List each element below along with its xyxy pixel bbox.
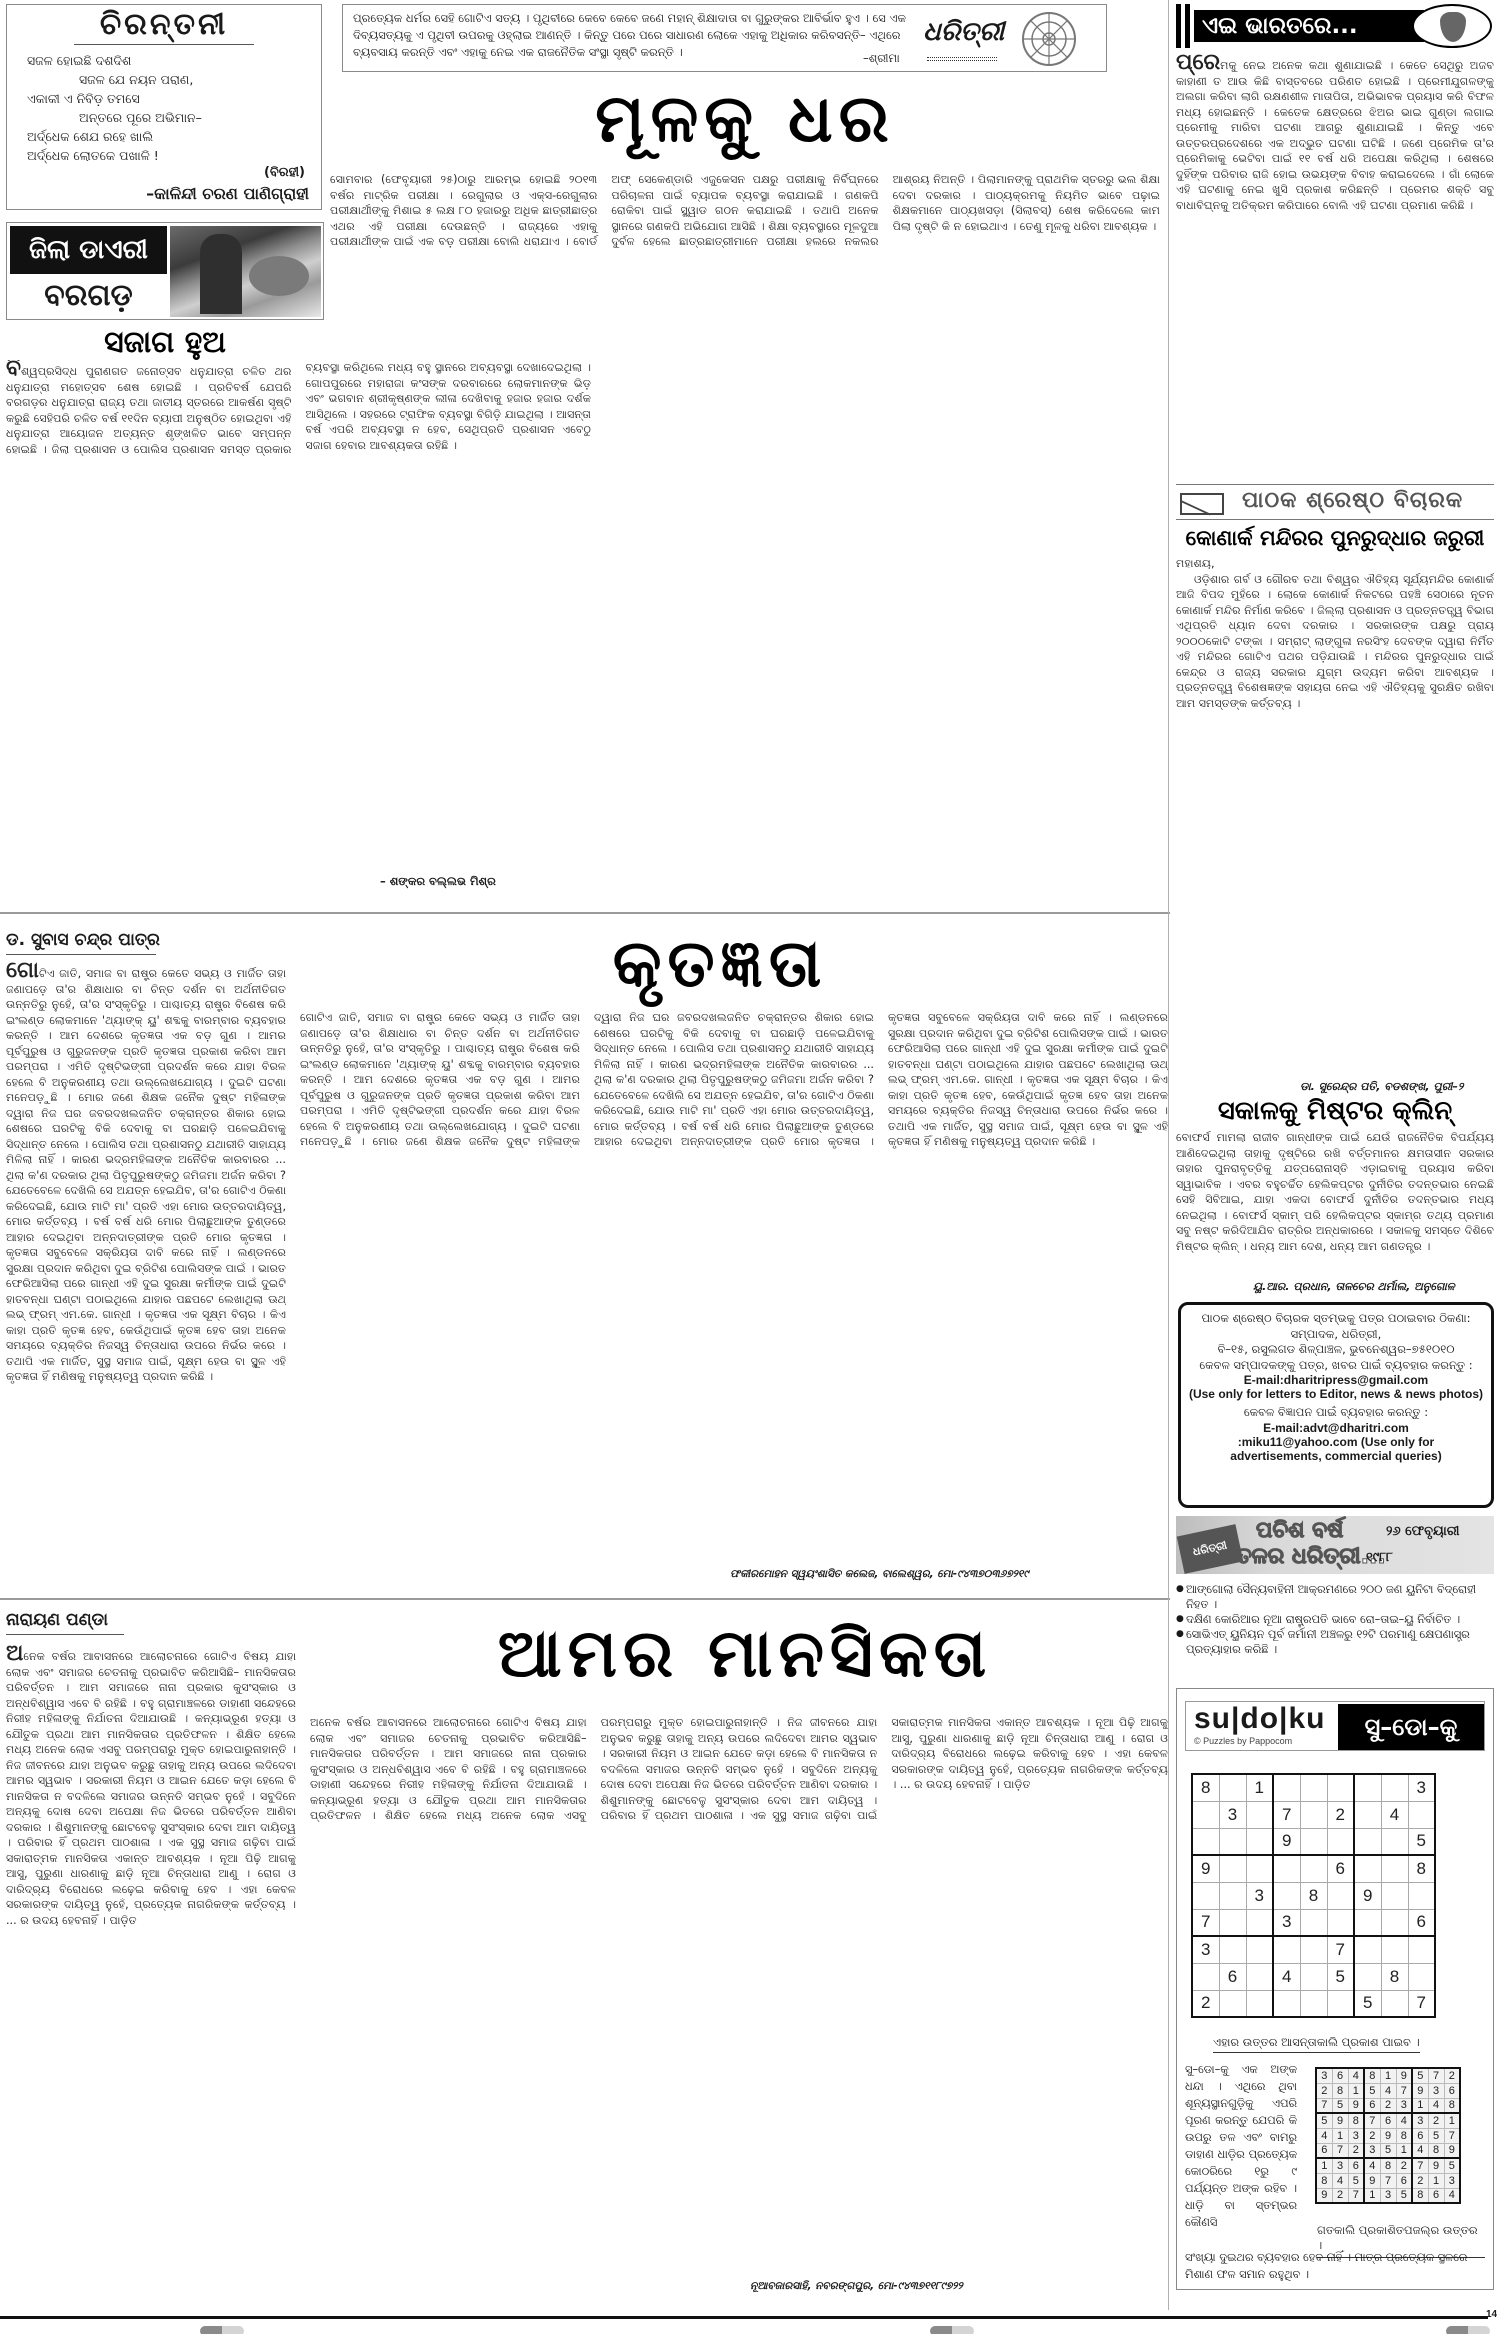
sudoku-cell: 8 — [1380, 2158, 1396, 2173]
sudoku-cell: 4 — [1380, 2083, 1396, 2098]
mulaku-dhara-headline: ମୂଳକୁ ଧର — [330, 80, 1160, 159]
section-divider — [0, 912, 1170, 914]
district-name: ବରଗଡ଼ — [10, 275, 167, 317]
krutagyata-author: ଡ. ସୁବାସ ଚନ୍ଦ୍ର ପାତ୍ର — [6, 930, 160, 950]
sudoku-cell: 6 — [1408, 1909, 1435, 1936]
zila-diary-label: ଜିଲା ଡାଏରୀ — [10, 226, 167, 274]
sudoku-cell: 2 — [1412, 2173, 1428, 2188]
sudoku-cell[interactable] — [1300, 1801, 1327, 1828]
advt-email-note: advertisements, commercial queries) — [1181, 1449, 1491, 1463]
krutagyata-body-col1: ଗୋଟିଏ ଜାତି, ସମାଜ ବା ରାଷ୍ଟ୍ର କେତେ ସଭ୍ୟ ଓ … — [6, 962, 286, 1522]
header-bar — [1185, 4, 1190, 48]
sudoku-cell[interactable] — [1354, 1801, 1381, 1828]
sudoku-cell: 2 — [1332, 2188, 1348, 2203]
sudoku-cell: 8 — [1192, 1774, 1219, 1801]
sudoku-cell: 3 — [1348, 2128, 1364, 2143]
letters-section-header: ପାଠକ ଶ୍ରେଷ୍ଠ ବିଚାରକ — [1176, 484, 1494, 520]
sudoku-cell: 9 — [1273, 1828, 1300, 1855]
sudoku-cell: 9 — [1396, 2068, 1412, 2083]
sudoku-cell: 5 — [1348, 2173, 1364, 2188]
sudoku-cell[interactable] — [1219, 1855, 1246, 1882]
sudoku-cell[interactable] — [1327, 1909, 1354, 1936]
sudoku-cell: 3 — [1219, 1801, 1246, 1828]
sudoku-cell: 9 — [1364, 2173, 1380, 2188]
sudoku-cell[interactable] — [1219, 1909, 1246, 1936]
sudoku-cell: 4 — [1364, 2158, 1380, 2173]
sudoku-cell: 9 — [1428, 2158, 1444, 2173]
sudoku-cell: 2 — [1428, 2113, 1444, 2128]
sudoku-cell[interactable] — [1381, 1990, 1408, 2017]
sudoku-cell: 1 — [1380, 2068, 1396, 2083]
sudoku-cell[interactable] — [1300, 1936, 1327, 1963]
sudoku-cell[interactable] — [1219, 1882, 1246, 1909]
sudoku-cell[interactable] — [1327, 1990, 1354, 2017]
sudoku-cell: 6 — [1327, 1855, 1354, 1882]
manasikata-headline: ଆମର ମାନସିକତା — [420, 1615, 1070, 1694]
sudoku-cell: 2 — [1192, 1990, 1219, 2017]
sudoku-cell: 1 — [1332, 2128, 1348, 2143]
sudoku-cell: 7 — [1444, 2128, 1460, 2143]
sudoku-cell: 9 — [1444, 2143, 1460, 2158]
title-underline — [74, 44, 254, 45]
sudoku-cell[interactable] — [1381, 1774, 1408, 1801]
editor-email-note: (Use only for letters to Editor, news & … — [1181, 1387, 1491, 1401]
poem-author: –କାଳିନ୍ଦୀ ଚରଣ ପାଣିଗ୍ରାହୀ — [7, 184, 321, 204]
india-map-icon — [1412, 4, 1492, 48]
masthead-quote-box: ପ୍ରତ୍ୟେକ ଧର୍ମର ସେହି ଗୋଟିଏ ସତ୍ୟ । ପୃଥିବୀର… — [342, 4, 1107, 72]
sudoku-cell: 8 — [1408, 1855, 1435, 1882]
sudoku-cell: 2 — [1348, 2143, 1364, 2158]
sudoku-cell: 8 — [1316, 2173, 1332, 2188]
sudoku-cell[interactable] — [1273, 1855, 1300, 1882]
sudoku-cell[interactable] — [1354, 1774, 1381, 1801]
sudoku-cell: 2 — [1396, 2158, 1412, 2173]
temple-icon — [200, 234, 242, 314]
sudoku-cell: 7 — [1327, 1936, 1354, 1963]
header-bar — [1176, 4, 1181, 48]
sudoku-cell: 2 — [1316, 2083, 1332, 2098]
address-advt-use: କେବଳ ବିଜ୍ଞାପନ ପାଇଁ ବ୍ୟବହାର କରନ୍ତୁ : — [1181, 1405, 1491, 1421]
sudoku-cell: 8 — [1332, 2083, 1348, 2098]
sudoku-cell: 3 — [1396, 2098, 1412, 2113]
sudoku-cell: 3 — [1273, 1909, 1300, 1936]
dharitri-logo: ଧରିତ୍ରୀ — [923, 17, 1004, 48]
sudoku-cell: 2 — [1444, 2068, 1460, 2083]
page-number: 14 — [1486, 2309, 1497, 2320]
sudoku-cell: 6 — [1380, 2113, 1396, 2128]
sudoku-cell[interactable] — [1300, 1909, 1327, 1936]
news-item: ସୋଭିଏତ୍ ୟୁନିୟନ ପୂର୍ବ ଜର୍ମାନୀ ଅଞ୍ଚଳରୁ ୧୨ଟ… — [1176, 1627, 1494, 1657]
sudoku-cell: 5 — [1354, 1990, 1381, 2017]
quote-text: ପ୍ରତ୍ୟେକ ଧର୍ମର ସେହି ଗୋଟିଏ ସତ୍ୟ । ପୃଥିବୀର… — [353, 10, 913, 61]
konark-letter-body: ମହାଶୟ, ଓଡ଼ିଶାର ଗର୍ବ ଓ ଗୌରବ ତଥା ବିଶ୍ୱର ଐତ… — [1176, 556, 1494, 1076]
sudoku-cell: 4 — [1316, 2128, 1332, 2143]
sudoku-cell: 9 — [1348, 2098, 1364, 2113]
sudoku-cell: 5 — [1444, 2158, 1460, 2173]
mister-clean-body: ବୋଫର୍ସ ମାମଲା ରାଜୀବ ଗାନ୍ଧୀଙ୍କ ପାଇଁ ଯେଉଁ ର… — [1176, 1130, 1494, 1278]
temple-photo — [170, 226, 321, 317]
sudoku-cell: 6 — [1348, 2158, 1364, 2173]
sudoku-cell: 7 — [1273, 1801, 1300, 1828]
sudoku-cell: 9 — [1192, 1855, 1219, 1882]
sudoku-cell: 3 — [1380, 2188, 1396, 2203]
sudoku-puzzle-grid: 813372495968389736376458257 — [1191, 1773, 1436, 2018]
sudoku-cell[interactable] — [1246, 1990, 1273, 2017]
sudoku-cell[interactable] — [1408, 1801, 1435, 1828]
poem-line: ସଜଳ ଯେ ନୟନ ପରାଣ, — [27, 70, 321, 89]
sudoku-cell: 8 — [1381, 1963, 1408, 1990]
sudoku-cell[interactable] — [1300, 1774, 1327, 1801]
pachis-barsha-news-list: ଆଙ୍ଗୋଲା ସୈନ୍ୟବାହିନୀ ଆକ୍ରମଣରେ ୨୦୦ ଜଣ ୟୁନି… — [1176, 1582, 1494, 1657]
sudoku-cell: 8 — [1428, 2143, 1444, 2158]
sudoku-cell: 1 — [1364, 2188, 1380, 2203]
sudoku-odia-title: ସୁ–ଡୋ–କୁ — [1338, 1704, 1484, 1750]
sudoku-cell: 9 — [1354, 1882, 1381, 1909]
sudoku-cell[interactable] — [1300, 1855, 1327, 1882]
sudoku-cell[interactable] — [1219, 1774, 1246, 1801]
banner-line2: ତଳର ଧରିତ୍ରୀ... — [1236, 1544, 1386, 1569]
manasikata-author: ନାରାୟଣ ପଣ୍ଡା — [6, 1610, 108, 1630]
letters-section-title: ପାଠକ ଶ୍ରେଷ୍ଠ ବିଚାରକ — [1242, 488, 1463, 513]
sudoku-cell: 4 — [1444, 2188, 1460, 2203]
sudoku-cell[interactable] — [1273, 1936, 1300, 1963]
sudoku-cell[interactable] — [1300, 1963, 1327, 1990]
sudoku-cell: 3 — [1316, 2068, 1332, 2083]
newspaper-icon: ଧରିତ୍ରୀ — [1177, 1524, 1244, 1574]
address-street: ବି–୧୫, ରସୁଲଗଡ ଶିଳ୍ପାଞ୍ଚଳ, ଭୁବନେଶ୍ୱର–୭୫୧୦… — [1181, 1342, 1491, 1358]
mister-clean-signature: ୟୁ.ଆର. ପ୍ରଧାନ, ତାଳଚେର ଥର୍ମାଲ, ଅନୁଗୋଳ — [1253, 1280, 1455, 1294]
sudoku-cell[interactable] — [1354, 1936, 1381, 1963]
poem-title: (ବିରହୀ) — [7, 165, 321, 180]
salutation: ମହାଶୟ, — [1176, 556, 1494, 572]
sudoku-cell: 4 — [1332, 2173, 1348, 2188]
sudoku-cell[interactable] — [1192, 1801, 1219, 1828]
advt-email-link-2[interactable]: :miku11@yahoo.com (Use only for — [1181, 1435, 1491, 1449]
sudoku-cell: 1 — [1428, 2173, 1444, 2188]
sudoku-cell: 3 — [1408, 1774, 1435, 1801]
sudoku-cell: 5 — [1327, 1963, 1354, 1990]
poem-lines: ସଜଳ ହୋଇଛି ଦଶଦିଶ ସଜଳ ଯେ ନୟନ ପରାଣ, ଏକାକୀ ଏ… — [7, 51, 321, 165]
sudoku-cell[interactable] — [1354, 1828, 1381, 1855]
sajag-headline: ସଜାଗ ହୁଅ — [6, 325, 324, 360]
sudoku-cell[interactable] — [1408, 1882, 1435, 1909]
sudoku-cell: 3 — [1246, 1882, 1273, 1909]
sudoku-cell: 1 — [1444, 2113, 1460, 2128]
krutagyata-byline: ଫକୀରମୋହନ ସ୍ୱୟଂଶାସିତ କଲେଜ, ବାଲେଶ୍ୱର, ମୋ-୯… — [730, 1568, 1029, 1581]
sudoku-cell: 5 — [1380, 2143, 1396, 2158]
zila-diary-box: ଜିଲା ଡାଏରୀ ବରଗଡ଼ — [6, 222, 324, 320]
letter-text: ଓଡ଼ିଶାର ଗର୍ବ ଓ ଗୌରବ ତଥା ବିଶ୍ୱର ଐତିହ୍ୟ ସୂ… — [1176, 572, 1494, 712]
sudoku-cell[interactable] — [1408, 1963, 1435, 1990]
sudoku-cell[interactable] — [1192, 1882, 1219, 1909]
answer-note: ଏହାର ଉତ୍ତର ଆସନ୍ତାକାଲି ପ୍ରକାଶ ପାଇବ । — [1213, 2035, 1420, 2053]
banner-date: ୨୬ ଫେବୃୟାରୀ — [1386, 1524, 1459, 1539]
sudoku-cell[interactable] — [1273, 1990, 1300, 2017]
sudoku-cell[interactable] — [1273, 1882, 1300, 1909]
tree-icon — [249, 256, 309, 296]
sudoku-cell: 8 — [1300, 1882, 1327, 1909]
sudoku-cell: 9 — [1316, 2188, 1332, 2203]
sudoku-cell: 6 — [1316, 2143, 1332, 2158]
column-divider — [1168, 0, 1169, 2310]
sudoku-cell[interactable] — [1246, 1855, 1273, 1882]
address-editor-use: କେବଳ ସମ୍ପାଦକଙ୍କୁ ପତ୍ର, ଖବର ପାଇଁ ବ୍ୟବହାର … — [1181, 1358, 1491, 1374]
sudoku-cell: 6 — [1364, 2098, 1380, 2113]
sudoku-instructions-continued: ସଂଖ୍ୟା ଦୁଇଥର ବ୍ୟବହାର ହେବ ନାହିଁ । ମାତ୍ର ପ… — [1185, 2249, 1485, 2283]
sudoku-cell[interactable] — [1246, 1963, 1273, 1990]
sudoku-cell[interactable] — [1219, 1990, 1246, 2017]
address-heading: ପାଠକ ଶ୍ରେଷ୍ଠ ବିଚାରକ ସ୍ତମ୍ଭକୁ ପତ୍ର ପଠାଇବା… — [1181, 1311, 1491, 1327]
sudoku-cell[interactable] — [1219, 1828, 1246, 1855]
sudoku-cell: 7 — [1332, 2143, 1348, 2158]
sudoku-cell[interactable] — [1354, 1963, 1381, 1990]
sudoku-cell: 5 — [1408, 1828, 1435, 1855]
sudoku-cell[interactable] — [1381, 1855, 1408, 1882]
sudoku-cell: 7 — [1412, 2158, 1428, 2173]
sudoku-cell: 1 — [1246, 1774, 1273, 1801]
footer-rule — [0, 2316, 1488, 2319]
letters-address-box: ପାଠକ ଶ୍ରେଷ୍ଠ ବିଚାରକ ସ୍ତମ୍ଭକୁ ପତ୍ର ପଠାଇବା… — [1178, 1302, 1494, 1508]
sudoku-cell[interactable] — [1381, 1909, 1408, 1936]
manasikata-body-cols: ଅନେକ ବର୍ଷର ଆବାସନରେ ଆଲୋଚନାରେ ଗୋଟିଏ ବିଷୟ ଯ… — [310, 1715, 1168, 2285]
sudoku-cell[interactable] — [1327, 1774, 1354, 1801]
manasikata-body-col1: ଅନେକ ବର୍ଷର ଆବାସନରେ ଆଲୋଚନାରେ ଗୋଟିଏ ବିଷୟ ଯ… — [6, 1645, 296, 2285]
logo-underline — [927, 57, 997, 61]
sudoku-cell: 7 — [1396, 2083, 1412, 2098]
sudoku-cell: 9 — [1332, 2113, 1348, 2128]
sudoku-cell: 8 — [1412, 2188, 1428, 2203]
pachis-barsha-banner: ଧରିତ୍ରୀ ପଚିଶ ବର୍ଷ ୨୬ ଫେବୃୟାରୀ ତଳର ଧରିତ୍ର… — [1176, 1516, 1494, 1574]
editor-email-link[interactable]: E-mail:dharitripress@gmail.com — [1181, 1373, 1491, 1387]
sudoku-cell: 8 — [1396, 2128, 1412, 2143]
sudoku-cell: 4 — [1348, 2068, 1364, 2083]
sudoku-cell[interactable] — [1381, 1828, 1408, 1855]
sudoku-cell: 3 — [1428, 2083, 1444, 2098]
bharatare-body: ପ୍ରେମକୁ ନେଇ ଅନେକ କଥା ଶୁଣାଯାଇଛି । କେତେ ସେ… — [1176, 54, 1494, 474]
krutagyata-body-cols: ଗୋଟିଏ ଜାତି, ସମାଜ ବା ରାଷ୍ଟ୍ର କେତେ ସଭ୍ୟ ଓ … — [300, 1010, 1168, 1575]
sudoku-cell: 8 — [1364, 2068, 1380, 2083]
sudoku-cell: 8 — [1348, 2113, 1364, 2128]
sudoku-solution-grid: 3648195722815479367596231485987643214132… — [1315, 2067, 1461, 2204]
address-editor: ସମ୍ପାଦକ, ଧରିତ୍ରୀ, — [1181, 1327, 1491, 1343]
news-item: ଆଙ୍ଗୋଲା ସୈନ୍ୟବାହିନୀ ଆକ୍ରମଣରେ ୨୦୦ ଜଣ ୟୁନି… — [1176, 1582, 1494, 1612]
wheel-icon — [1021, 11, 1077, 67]
sudoku-cell: 4 — [1428, 2098, 1444, 2113]
sudoku-copyright: © Puzzles by Pappocom — [1194, 1736, 1292, 1746]
sudoku-cell: 5 — [1428, 2128, 1444, 2143]
sudoku-cell: 2 — [1380, 2098, 1396, 2113]
sudoku-cell: 3 — [1444, 2173, 1460, 2188]
sudoku-cell: 6 — [1332, 2068, 1348, 2083]
sudoku-cell[interactable] — [1354, 1855, 1381, 1882]
sudoku-cell: 1 — [1316, 2158, 1332, 2173]
banner-year: ୧୯୮୮ — [1366, 1550, 1393, 1565]
sudoku-cell: 5 — [1412, 2068, 1428, 2083]
sudoku-cell: 5 — [1332, 2098, 1348, 2113]
banner-line1: ପଚିଶ ବର୍ଷ — [1256, 1518, 1343, 1543]
poem-line: ଅନ୍ତରେ ପୂରେ ଅଭିମାନ– — [27, 108, 321, 127]
sudoku-cell: 7 — [1428, 2068, 1444, 2083]
sudoku-cell: 4 — [1381, 1801, 1408, 1828]
sudoku-cell[interactable] — [1327, 1828, 1354, 1855]
section-divider — [0, 1598, 1170, 1600]
sudoku-cell: 7 — [1364, 2113, 1380, 2128]
poem-line: ଅର୍ଦ୍ଧେକ ଶେଯ ରହେ ଖାଲି — [27, 127, 321, 146]
chirantani-poem-box: ଚିରନ୍ତନୀ ସଜଳ ହୋଇଛି ଦଶଦିଶ ସଜଳ ଯେ ନୟନ ପରାଣ… — [6, 4, 322, 210]
sudoku-header: su|do|ku © Puzzles by Pappocom ସୁ–ଡୋ–କୁ — [1185, 1701, 1485, 1751]
sudoku-cell: 3 — [1412, 2113, 1428, 2128]
bharatare-header: ଏଇ ଭାରତରେ... — [1176, 4, 1494, 48]
sudoku-cell: 7 — [1316, 2098, 1332, 2113]
konark-signature: ଡା. ସୁରେନ୍ଦ୍ର ପତି, ବଡଶଙ୍ଖ, ପୁରୀ–୨ — [1300, 1080, 1463, 1094]
sudoku-cell[interactable] — [1300, 1828, 1327, 1855]
sudoku-cell: 6 — [1219, 1963, 1246, 1990]
sudoku-instructions: ସୁ–ଡୋ–କୁ ଏକ ଅଙ୍କ ଧନ୍ଦା । ଏଥିରେ ଥିବା ଶୂନ୍… — [1185, 2061, 1297, 2231]
sudoku-cell[interactable] — [1219, 1936, 1246, 1963]
krutagyata-headline: କୃତଜ୍ଞତା — [420, 925, 1020, 1004]
sudoku-cell[interactable] — [1246, 1828, 1273, 1855]
sudoku-cell: 3 — [1192, 1936, 1219, 1963]
sudoku-cell[interactable] — [1246, 1801, 1273, 1828]
mister-clean-headline: ସକାଳକୁ ମିଷ୍ଟର କ୍ଲିନ୍ — [1176, 1096, 1494, 1127]
sudoku-cell: 6 — [1444, 2083, 1460, 2098]
sudoku-cell: 7 — [1380, 2173, 1396, 2188]
sudoku-cell[interactable] — [1408, 1936, 1435, 1963]
sudoku-cell: 1 — [1348, 2083, 1364, 2098]
advt-email-link[interactable]: E-mail:advt@dharitri.com — [1181, 1421, 1491, 1435]
sudoku-cell: 2 — [1364, 2128, 1380, 2143]
sudoku-cell: 1 — [1396, 2143, 1412, 2158]
sudoku-cell: 7 — [1192, 1909, 1219, 1936]
scroll-handle[interactable] — [1446, 2326, 1490, 2334]
poem-line: ଏକାକୀ ଏ ନିବିଡ଼ ତମସେ — [27, 89, 321, 108]
scroll-handle[interactable] — [200, 2326, 244, 2334]
sudoku-cell: 9 — [1412, 2083, 1428, 2098]
scroll-handle[interactable] — [930, 2326, 974, 2334]
sudoku-cell: 4 — [1273, 1963, 1300, 1990]
sudoku-cell: 7 — [1408, 1990, 1435, 2017]
manasikata-byline: ନୂଆବଜାରସାହି, ନବରଙ୍ଗପୁର, ମୋ-୯୪୩୭୧୧୮୯୭୨୨ — [750, 2280, 963, 2293]
sudoku-cell: 6 — [1412, 2128, 1428, 2143]
sudoku-cell: 2 — [1327, 1801, 1354, 1828]
konark-headline: କୋଣାର୍କ ମନ୍ଦିରର ପୁନରୁଦ୍ଧାର ଜରୁରୀ — [1176, 526, 1494, 551]
quote-attribution: –ଶ୍ରୀମା — [863, 51, 900, 66]
sudoku-cell[interactable] — [1273, 1774, 1300, 1801]
sudoku-cell[interactable] — [1246, 1909, 1273, 1936]
sudoku-cell: 3 — [1332, 2158, 1348, 2173]
sudoku-cell: 5 — [1396, 2188, 1412, 2203]
sudoku-cell[interactable] — [1354, 1909, 1381, 1936]
sudoku-box: su|do|ku © Puzzles by Pappocom ସୁ–ଡୋ–କୁ … — [1176, 1688, 1494, 2290]
bharatare-title: ଏଇ ଭାରତରେ... — [1194, 10, 1424, 42]
sudoku-cell[interactable] — [1327, 1882, 1354, 1909]
sudoku-cell: 9 — [1380, 2128, 1396, 2143]
sudoku-cell[interactable] — [1246, 1936, 1273, 1963]
poem-line: ଅର୍ଦ୍ଧେକ ଲୋତକେ ପଖାଳି ! — [27, 146, 321, 165]
sudoku-logo: su|do|ku — [1194, 1702, 1325, 1736]
sudoku-cell[interactable] — [1381, 1882, 1408, 1909]
sudoku-cell[interactable] — [1192, 1828, 1219, 1855]
author-underline — [6, 954, 156, 955]
sudoku-cell[interactable] — [1381, 1936, 1408, 1963]
mulaku-article-body: ସୋମବାର (ଫେବୃୟାରୀ ୨୫)ଠାରୁ ଆରମ୍ଭ ହୋଇଛି ୨୦୧… — [330, 172, 1160, 904]
sudoku-cell: 3 — [1364, 2143, 1380, 2158]
sudoku-cell: 5 — [1316, 2113, 1332, 2128]
sudoku-cell: 6 — [1428, 2188, 1444, 2203]
sudoku-cell[interactable] — [1300, 1990, 1327, 2017]
chirantani-title: ଚିରନ୍ତନୀ — [7, 7, 321, 42]
envelope-pen-icon — [1180, 493, 1224, 515]
sudoku-cell: 6 — [1396, 2173, 1412, 2188]
sudoku-cell[interactable] — [1192, 1963, 1219, 1990]
author-underline — [6, 1634, 124, 1635]
sudoku-cell: 4 — [1412, 2143, 1428, 2158]
news-item: ଦକ୍ଷିଣ କୋରିଆର ନୂଆ ରାଷ୍ଟ୍ରପତି ଭାବେ ରୋ–ତାଇ… — [1176, 1612, 1494, 1627]
sudoku-cell: 8 — [1444, 2098, 1460, 2113]
sudoku-cell: 7 — [1348, 2188, 1364, 2203]
sudoku-cell: 4 — [1396, 2113, 1412, 2128]
sudoku-cell: 1 — [1412, 2098, 1428, 2113]
poem-line: ସଜଳ ହୋଇଛି ଦଶଦିଶ — [27, 51, 321, 70]
sudoku-cell: 5 — [1364, 2083, 1380, 2098]
